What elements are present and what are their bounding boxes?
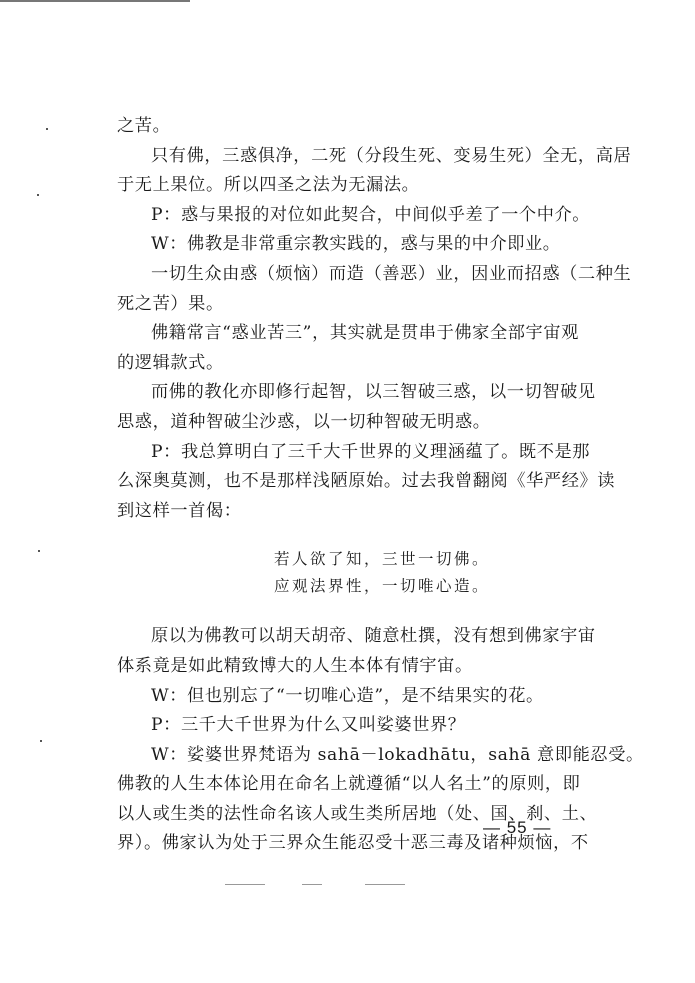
scan-margin-mark xyxy=(38,550,40,552)
text-line: 体系竟是如此精致博大的人生本体有情宇宙。 xyxy=(117,652,587,682)
text-line: 一切生众由惑（烦恼）而造（善恶）业，因业而招惑（二种生 xyxy=(117,260,587,290)
text-line: 么深奥莫测，也不是那样浅陋原始。过去我曾翻阅《华严经》读 xyxy=(117,467,587,497)
paragraphs-before-verse: 之苦。只有佛，三惑俱净，二死（分段生死、变易生死）全无，高居于无上果位。所以四圣… xyxy=(117,112,587,526)
text-line: P：我总算明白了三千大千世界的义理涵蕴了。既不是那 xyxy=(117,438,587,468)
verse-line: 若人欲了知，三世一切佛。 xyxy=(117,546,587,573)
text-line: 到这样一首偈： xyxy=(117,497,587,527)
text-line: P：惑与果报的对位如此契合，中间似乎差了一个中介。 xyxy=(117,201,587,231)
text-line: P：三千大千世界为什么又叫娑婆世界？ xyxy=(117,711,587,741)
text-line: 的逻辑款式。 xyxy=(117,349,587,379)
scan-top-rule xyxy=(0,0,190,2)
text-line: 佛籍常言“惑业苦三”，其实就是贯串于佛家全部宇宙观 xyxy=(117,319,587,349)
text-line: W：佛教是非常重宗教实践的，惑与果的中介即业。 xyxy=(117,230,587,260)
verse-line: 应观法界性，一切唯心造。 xyxy=(117,573,587,600)
scan-noise xyxy=(302,884,322,885)
scan-noise xyxy=(365,884,405,885)
text-line: 于无上果位。所以四圣之法为无漏法。 xyxy=(117,171,587,201)
text-line: 思惑，道种智破尘沙惑，以一切种智破无明惑。 xyxy=(117,408,587,438)
text-line: 佛教的人生本体论用在命名上就遵循“以人名土”的原则，即 xyxy=(117,770,587,800)
scan-margin-mark xyxy=(40,740,42,742)
text-line: W：娑婆世界梵语为 sahā－lokadhātu，sahā 意即能忍受。 xyxy=(117,741,587,771)
scan-margin-mark xyxy=(37,194,39,196)
page-body: 之苦。只有佛，三惑俱净，二死（分段生死、变易生死）全无，高居于无上果位。所以四圣… xyxy=(117,112,587,859)
scan-margin-mark xyxy=(46,128,48,130)
page-number: — 55 — xyxy=(483,818,551,838)
text-line: 只有佛，三惑俱净，二死（分段生死、变易生死）全无，高居 xyxy=(117,142,587,172)
verse-block: 若人欲了知，三世一切佛。应观法界性，一切唯心造。 xyxy=(117,546,587,600)
text-line: W：但也别忘了“一切唯心造”，是不结果实的花。 xyxy=(117,682,587,712)
text-line: 而佛的教化亦即修行起智，以三智破三惑，以一切智破见 xyxy=(117,378,587,408)
scan-noise xyxy=(225,884,265,885)
text-line: 之苦。 xyxy=(117,112,587,142)
text-line: 死之苦）果。 xyxy=(117,290,587,320)
text-line: 原以为佛教可以胡天胡帝、随意杜撰，没有想到佛家宇宙 xyxy=(117,622,587,652)
